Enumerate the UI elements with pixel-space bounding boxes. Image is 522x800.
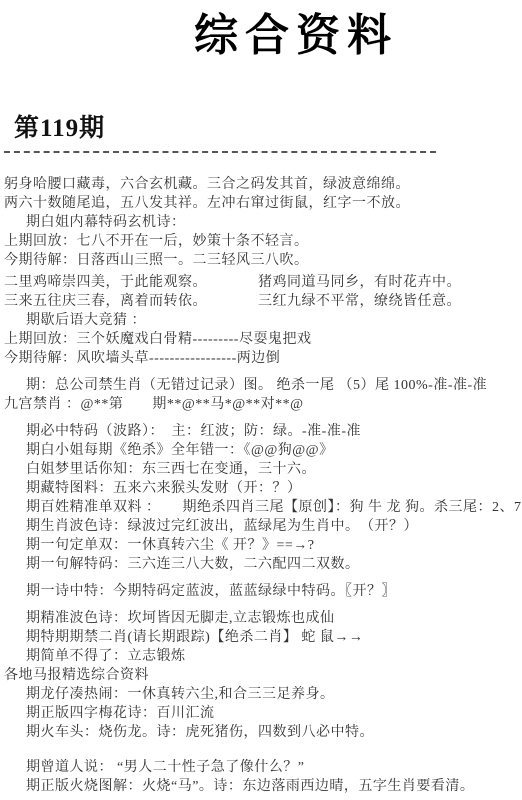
forbidden-two-zodiac-line: 期特期期禁二肖(请长期跟踪)【绝杀二肖】 蛇 鼠→→ <box>4 628 514 647</box>
one-poem-special-line: 期一诗中特：今期特码定蓝波，蓝蓝绿绿中特码。〖开？〗 <box>4 582 514 601</box>
prev-issue-line: 上期回放：三个妖魔戏白骨精---------尽耍鬼把戏 <box>4 330 514 349</box>
longzai-line: 期龙仔凑热闹：一休真转六尘,和合三三足养身。 <box>4 685 514 704</box>
issue-number: 第119期 <box>14 108 514 144</box>
juesha-line: 期白小姐每期《绝杀》全年错一：《@@狗@@》 <box>4 441 514 460</box>
page: 综合资料 第119期 躬身哈腰口藏毒，六合玄机藏。三合之码发其首，绿波意绵绵。 … <box>0 0 522 800</box>
poem-line: 两六十数随尾追，五八发其祥。左冲右窜过街鼠，红字一不放。 <box>4 194 514 213</box>
simple-line: 期简单不得了：立志锻炼 <box>4 647 514 666</box>
zodiac-wave-poem-line: 期生肖波色诗：绿波过完红波出，蓝绿尾为生肖中。 （开？） <box>4 517 514 536</box>
jiugong-forbidden-line: 九宫禁肖 ：@**第 期**@**马*@**对**@ <box>4 395 514 414</box>
one-sentence-odd-even-line: 期一句定单双：一休真转六尘《 开？》==→? <box>4 536 514 555</box>
huoshao-line: 期正版火烧图解：火烧“马”。诗：东边落雨西边晴，五字生肖要看清。 <box>4 777 514 796</box>
precise-wave-poem-line: 期精准波色诗：坎坷皆因无脚走,立志锻炼也成仙 <box>4 609 514 628</box>
separator-line <box>4 151 436 153</box>
odd-even-line: 期百姓精准单双料 ： 期绝杀四肖三尾【原创】：狗 牛 龙 狗。杀三尾：2、7、3… <box>4 498 514 517</box>
section-heading-mabao: 各地马报精选综合资料 <box>4 666 514 685</box>
content-body: 躬身哈腰口藏毒，六合玄机藏。三合之码发其首，绿波意绵绵。 两六十数随尾追，五八发… <box>4 175 514 796</box>
forbidden-zodiac-line: 期：总公司禁生肖（无错过记录）图。 绝杀一尾 （5）尾 100%-准-准-准 <box>4 376 514 395</box>
couplet-line: 三来五往庆三春，离着而转依。 三红九绿不平常，缭绕皆任意。 <box>4 292 514 311</box>
hidden-chart-line: 期藏特图料：五来六来猴头发财（开：？） <box>4 479 514 498</box>
section-heading-baijie-poem: 期白姐内幕特码玄机诗： <box>4 213 514 232</box>
one-sentence-special-line: 期一句解特码：三六连三八大数，二六配四二双数。 <box>4 555 514 574</box>
zengdaoren-line: 期曾道人说： “男人二十性子急了像什么？” <box>4 758 514 777</box>
section-heading-xiehouyu: 期歇后语大竞猜 ： <box>4 311 514 330</box>
meihua-poem-line: 期正版四字梅花诗：百川汇流 <box>4 704 514 723</box>
dream-hint-line: 白姐梦里话你知：东三西七在变通，三十六。 <box>4 460 514 479</box>
wave-color-line: 期必中特码（波路）： 主：红波；防：绿。-准-准-准 <box>4 422 514 441</box>
couplet-line: 二里鸡啼崇四美，于此能观察。 猪鸡同道马同乡，有时花卉中。 <box>4 273 514 292</box>
poem-line: 躬身哈腰口藏毒，六合玄机藏。三合之码发其首，绿波意绵绵。 <box>4 175 514 194</box>
huochetou-line: 期火车头：烧伤龙。诗：虎死猪伤，四数到八必中特。 <box>4 723 514 742</box>
current-issue-line: 今期待解：风吹墙头草-----------------两边倒 <box>4 349 514 368</box>
prev-issue-line: 上期回放：七八不开在一后，妙策十条不轻言。 <box>4 232 514 251</box>
current-issue-line: 今期待解：日落西山三照一。二三轻风三八吹。 <box>4 251 514 270</box>
page-title: 综合资料 <box>194 10 484 62</box>
